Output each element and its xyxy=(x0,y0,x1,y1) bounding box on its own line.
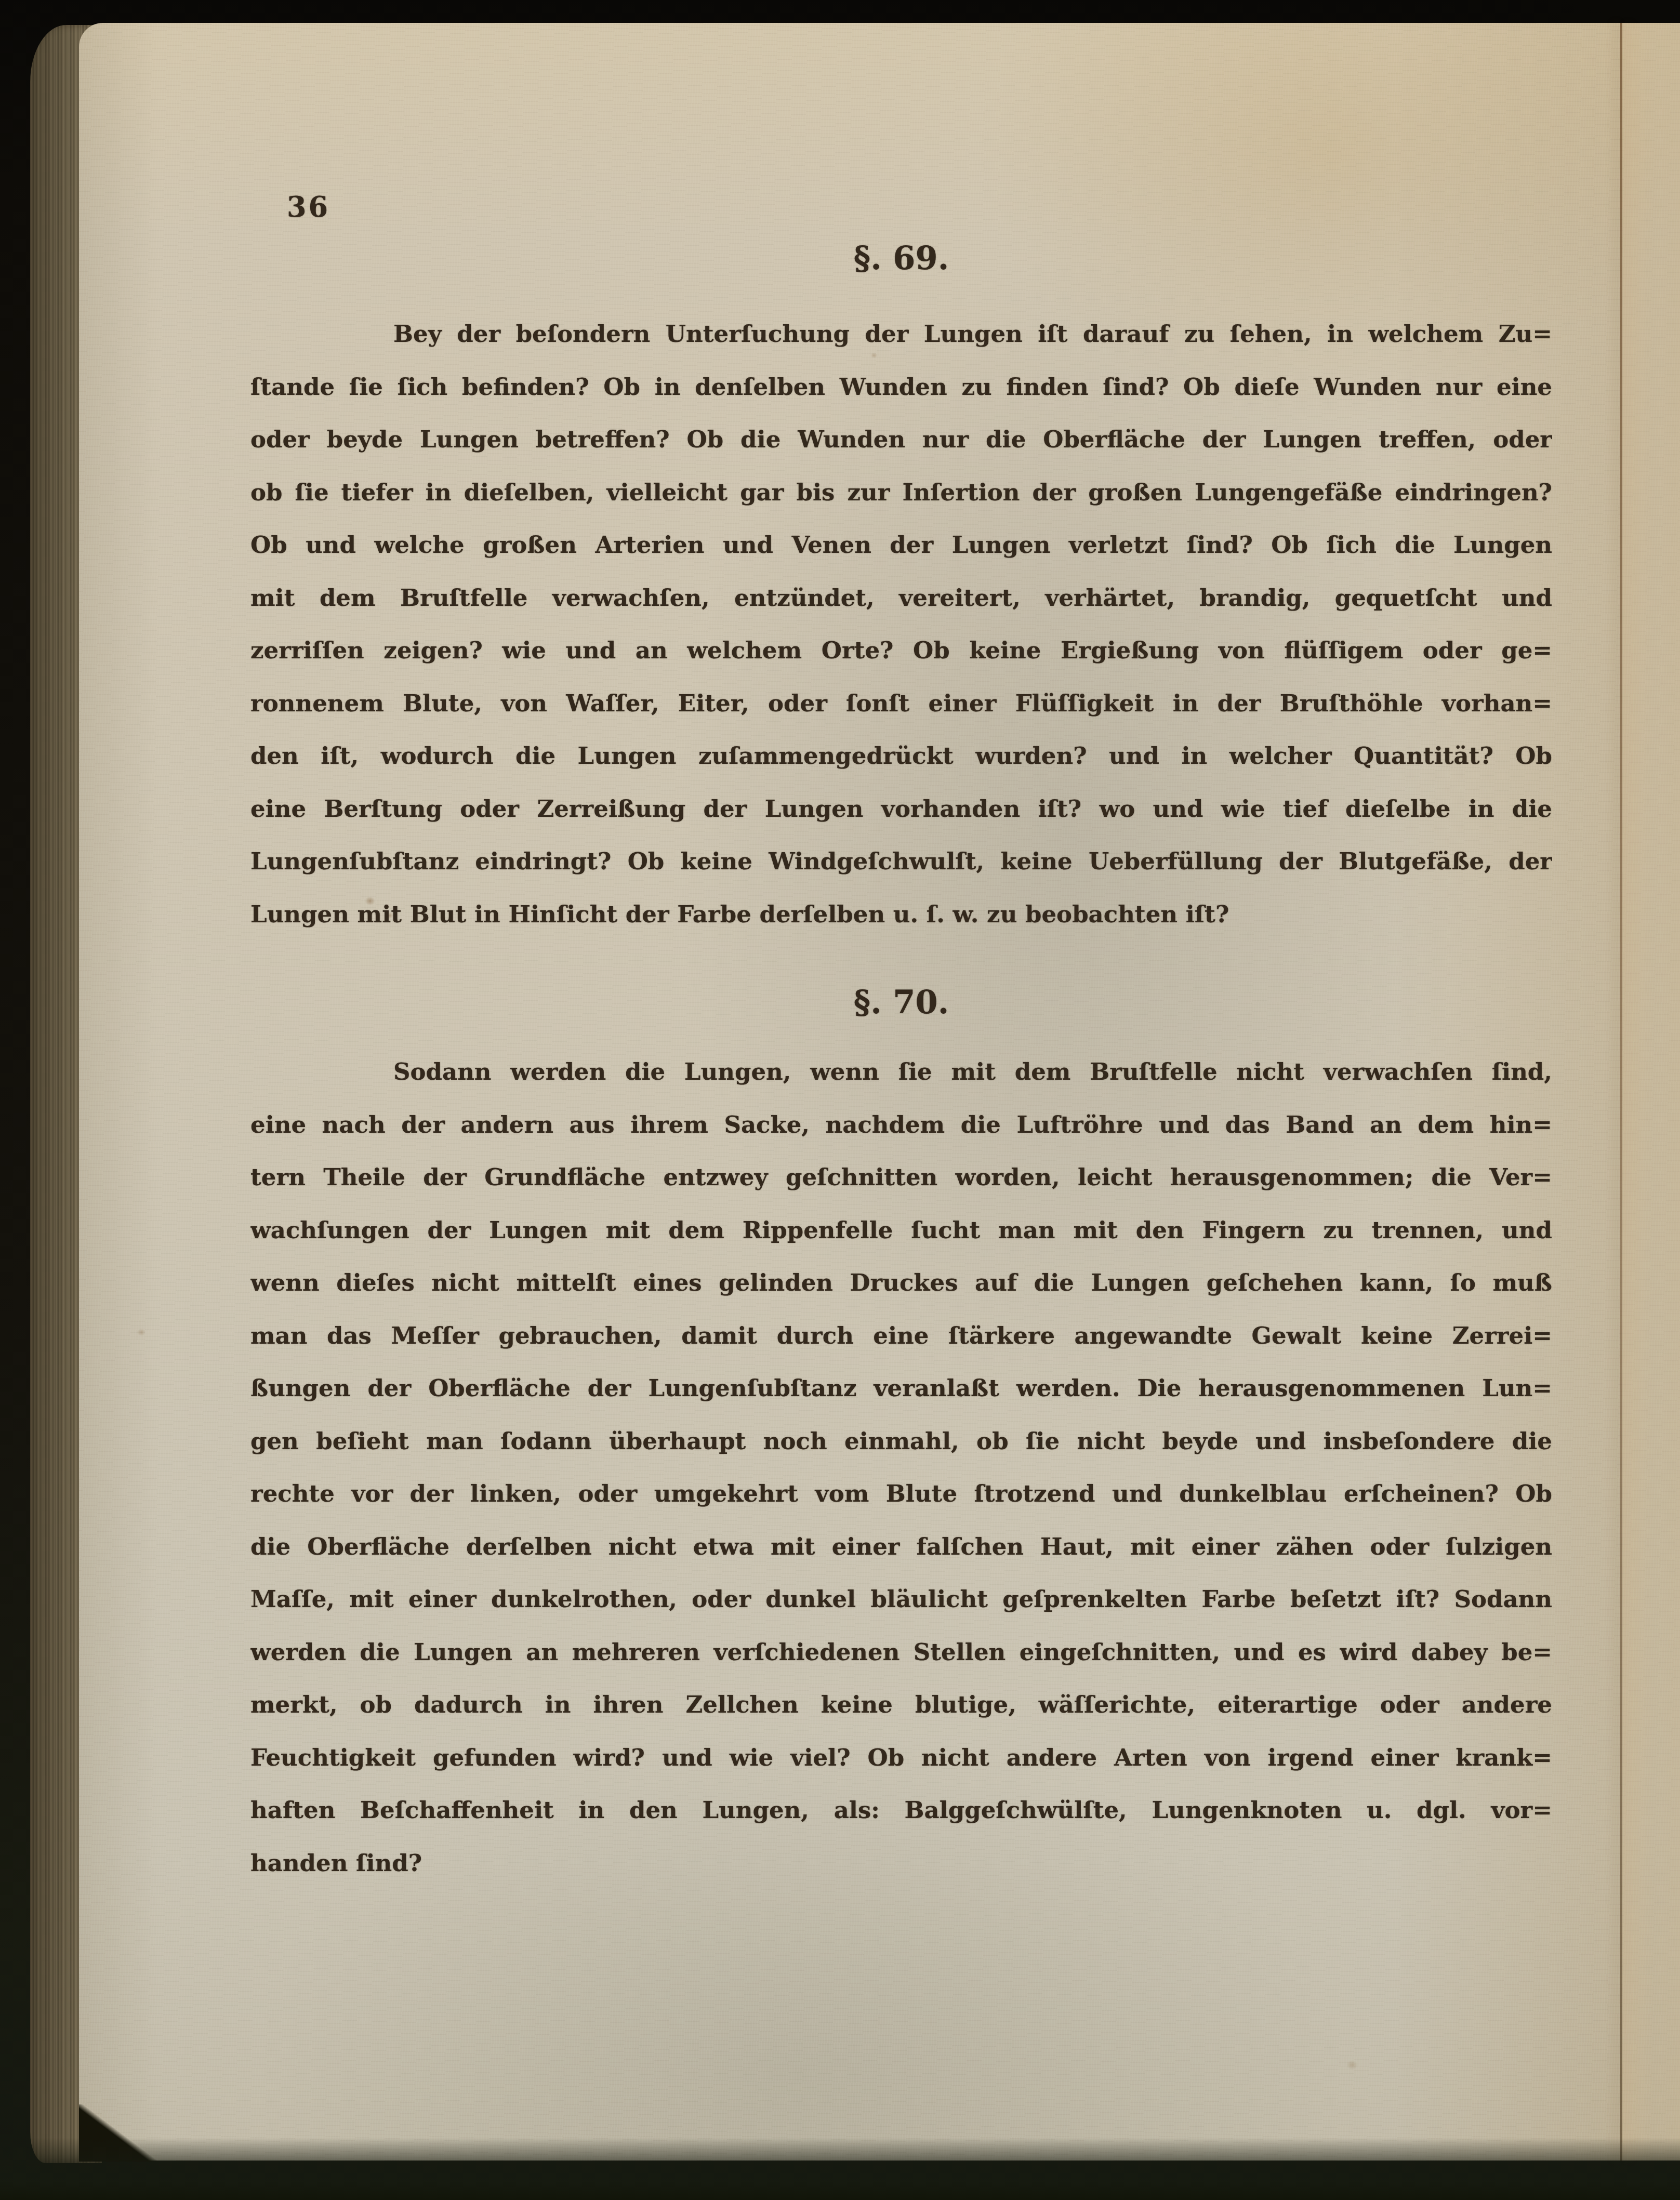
text-line: tern Theile der Grundfläche entzwey geſc… xyxy=(250,1151,1552,1204)
section-heading-69: §. 69. xyxy=(250,239,1552,277)
text-line: Ob und welche großen Arterien und Venen … xyxy=(250,519,1552,572)
text-layer: 36 §. 69. Bey der beſondern Unterſuchung… xyxy=(79,23,1680,2161)
text-line: wachſungen der Lungen mit dem Rippenfell… xyxy=(250,1204,1552,1257)
text-line: werden die Lungen an mehreren verſchiede… xyxy=(250,1626,1552,1679)
text-line: eine nach der andern aus ihrem Sacke, na… xyxy=(250,1098,1552,1151)
text-line: ßungen der Oberfläche der Lungenſubſtanz… xyxy=(250,1362,1552,1415)
section-body-70: Sodann werden die Lungen, wenn ſie mit d… xyxy=(250,1045,1552,1889)
section-body-69: Bey der beſondern Unterſuchung der Lunge… xyxy=(250,308,1552,940)
text-line: den iſt, wodurch die Lungen zuſammengedr… xyxy=(250,730,1552,783)
paper: 36 §. 69. Bey der beſondern Unterſuchung… xyxy=(79,23,1680,2161)
text-line: ronnenem Blute, von Waſſer, Eiter, oder … xyxy=(250,677,1552,730)
text-line: Lungen mit Blut in Hinſicht der Farbe de… xyxy=(250,888,1552,941)
text-line: haften Beſchaffenheit in den Lungen, als… xyxy=(250,1784,1552,1837)
scanned-book-page: 36 §. 69. Bey der beſondern Unterſuchung… xyxy=(0,0,1680,2200)
text-line: gen beſieht man ſodann überhaupt noch ei… xyxy=(250,1415,1552,1468)
text-line: rechte vor der linken, oder umgekehrt vo… xyxy=(250,1467,1552,1520)
text-line: ſtande ſie ſich befinden? Ob in denſelbe… xyxy=(250,361,1552,414)
text-line: Maſſe, mit einer dunkelrothen, oder dunk… xyxy=(250,1573,1552,1626)
text-line: oder beyde Lungen betreffen? Ob die Wund… xyxy=(250,413,1552,466)
text-line: die Oberfläche derſelben nicht etwa mit … xyxy=(250,1520,1552,1573)
bottom-shadow xyxy=(0,2138,1680,2200)
text-line: Lungenſubſtanz eindringt? Ob keine Windg… xyxy=(250,835,1552,888)
text-line: man das Meſſer gebrauchen, damit durch e… xyxy=(250,1309,1552,1362)
text-line: Feuchtigkeit gefunden wird? und wie viel… xyxy=(250,1731,1552,1784)
text-line: mit dem Bruſtfelle verwachſen, entzündet… xyxy=(250,572,1552,625)
text-line: merkt, ob dadurch in ihren Zellchen kein… xyxy=(250,1678,1552,1731)
text-line: eine Berſtung oder Zerreißung der Lungen… xyxy=(250,783,1552,836)
text-line: wenn dieſes nicht mittelſt eines gelinde… xyxy=(250,1256,1552,1309)
text-line: Sodann werden die Lungen, wenn ſie mit d… xyxy=(250,1045,1552,1098)
text-line: handen ſind? xyxy=(250,1837,1552,1890)
page-number: 36 xyxy=(287,190,330,223)
text-line: zerriſſen zeigen? wie und an welchem Ort… xyxy=(250,624,1552,677)
text-line: Bey der beſondern Unterſuchung der Lunge… xyxy=(250,308,1552,361)
section-heading-70: §. 70. xyxy=(250,983,1552,1021)
text-line: ob ſie tiefer in dieſelben, vielleicht g… xyxy=(250,466,1552,519)
